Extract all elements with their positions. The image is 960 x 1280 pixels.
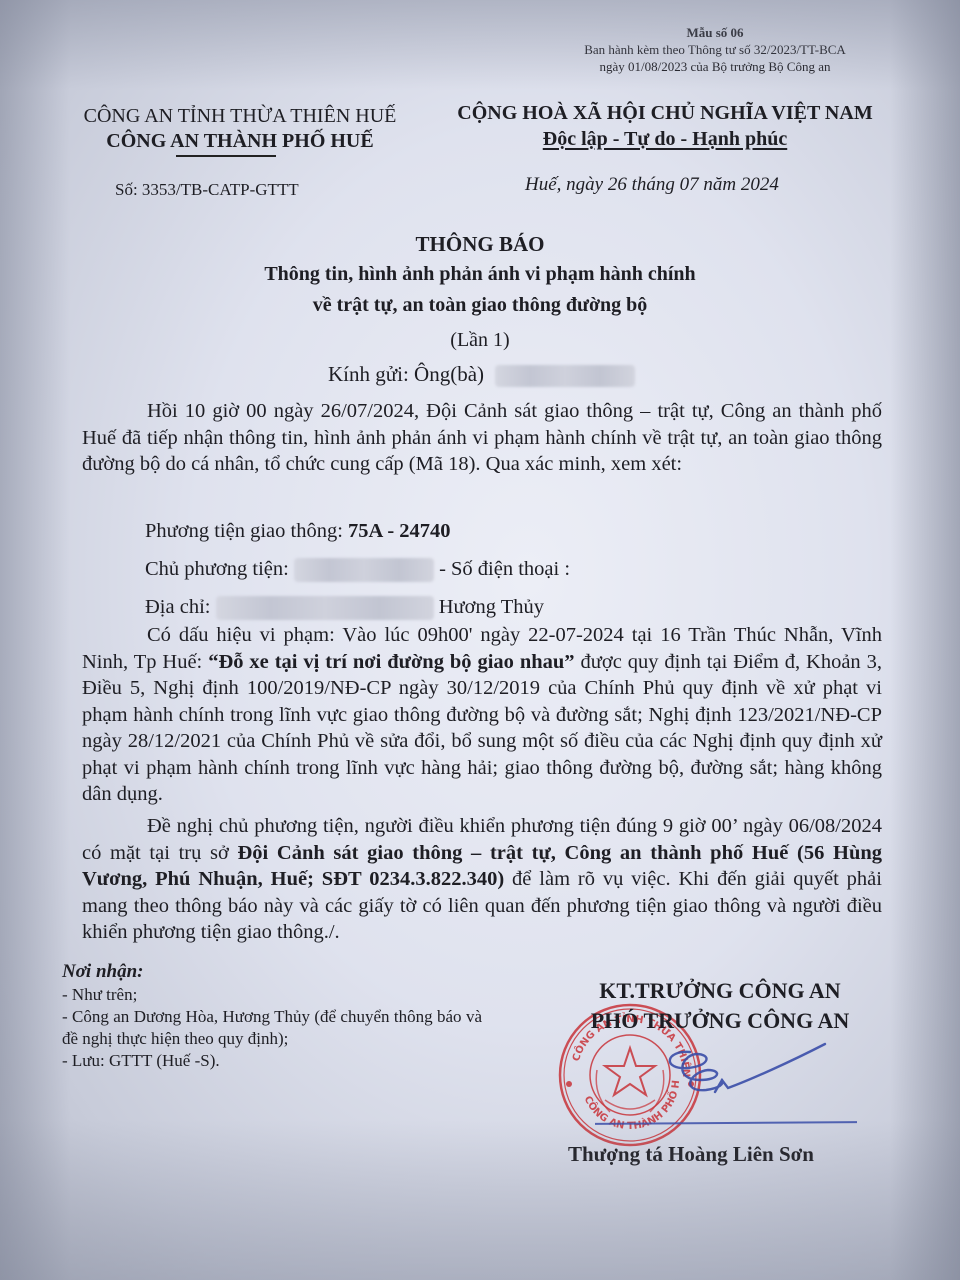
redacted-address xyxy=(216,596,434,620)
title-subtitle-2: về trật tự, an toàn giao thông đường bộ xyxy=(150,290,810,320)
photo-vignette xyxy=(890,0,960,1280)
title-occurrence: (Lần 1) xyxy=(150,322,810,358)
signer-title-line1: KT.TRƯỞNG CÔNG AN xyxy=(560,976,880,1006)
form-note-line2: ngày 01/08/2023 của Bộ trưởng Bộ Công an xyxy=(530,58,900,75)
dateline: Huế, ngày 26 tháng 07 năm 2024 xyxy=(525,174,779,196)
signer-name: Thượng tá Hoàng Liên Sơn xyxy=(568,1142,814,1167)
national-motto: Độc lập - Tự do - Hạnh phúc xyxy=(430,126,900,152)
country-name: CỘNG HOÀ XÃ HỘI CHỦ NGHĨA VIỆT NAM xyxy=(430,100,900,126)
vehicle-row: Phương tiện giao thông: 75A - 24740 xyxy=(145,512,570,550)
recipient-line: Kính gửi: Ông(bà) xyxy=(328,362,635,387)
address-row: Địa chỉ: Hương Thủy xyxy=(145,588,570,626)
distribution-list: Nơi nhận: - Như trên; - Công an Dương Hò… xyxy=(62,960,482,1072)
recipient-label: Kính gửi: Ông(bà) xyxy=(328,362,484,386)
summons-paragraph: Đề nghị chủ phương tiện, người điều khiể… xyxy=(82,813,882,946)
national-header: CỘNG HOÀ XÃ HỘI CHỦ NGHĨA VIỆT NAM Độc l… xyxy=(430,100,900,152)
redacted-recipient-name xyxy=(495,365,635,387)
issuing-agency: CÔNG AN TỈNH THỪA THIÊN HUẾ CÔNG AN THÀN… xyxy=(40,104,440,157)
distribution-item: - Công an Dương Hòa, Hương Thủy (để chuy… xyxy=(62,1006,482,1050)
parent-agency: CÔNG AN TỈNH THỪA THIÊN HUẾ xyxy=(40,104,440,128)
signature-stroke xyxy=(595,1121,857,1125)
phone-label: - Số điện thoại : xyxy=(434,558,570,580)
document-number: Số: 3353/TB-CATP-GTTT xyxy=(115,180,299,200)
violation-legal-basis: được quy định tại Điểm đ, Khoản 3, Điều … xyxy=(82,651,882,806)
form-number: Mẫu số 06 xyxy=(530,24,900,41)
title-subtitle-1: Thông tin, hình ảnh phản ánh vi phạm hàn… xyxy=(150,258,810,290)
violation-act: “Đỗ xe tại vị trí nơi đường bộ giao nhau… xyxy=(208,651,574,673)
photo-vignette xyxy=(0,0,70,1280)
photo-vignette xyxy=(0,1120,960,1280)
issuing-unit: CÔNG AN THÀNH PHỐ HUẾ xyxy=(40,128,440,154)
distribution-item: - Như trên; xyxy=(62,984,482,1006)
signer-title: KT.TRƯỞNG CÔNG AN PHÓ TRƯỞNG CÔNG AN xyxy=(560,976,880,1036)
notice-document: Mẫu số 06 Ban hành kèm theo Thông tư số … xyxy=(0,0,960,1280)
owner-row: Chủ phương tiện: - Số điện thoại : xyxy=(145,550,570,588)
intro-paragraph: Hồi 10 giờ 00 ngày 26/07/2024, Đội Cảnh … xyxy=(82,398,882,478)
vehicle-plate: 75A - 24740 xyxy=(348,520,451,542)
address-suffix: Hương Thủy xyxy=(434,596,544,618)
form-note: Mẫu số 06 Ban hành kèm theo Thông tư số … xyxy=(530,24,900,75)
distribution-heading: Nơi nhận: xyxy=(62,960,482,984)
header-underline xyxy=(176,155,276,157)
owner-label: Chủ phương tiện: xyxy=(145,558,294,580)
address-label: Địa chỉ: xyxy=(145,596,216,618)
document-title: THÔNG BÁO Thông tin, hình ảnh phản ánh v… xyxy=(150,230,810,358)
redacted-owner-name xyxy=(294,558,434,582)
violation-paragraph: Có dấu hiệu vi phạm: Vào lúc 09h00' ngày… xyxy=(82,622,882,808)
title-heading: THÔNG BÁO xyxy=(150,230,810,258)
vehicle-info: Phương tiện giao thông: 75A - 24740 Chủ … xyxy=(145,512,570,626)
handwritten-signature-icon xyxy=(660,1040,830,1120)
signer-title-line2: PHÓ TRƯỞNG CÔNG AN xyxy=(560,1006,880,1036)
distribution-item: - Lưu: GTTT (Huế -S). xyxy=(62,1050,482,1072)
form-note-line1: Ban hành kèm theo Thông tư số 32/2023/TT… xyxy=(530,41,900,58)
vehicle-label: Phương tiện giao thông: xyxy=(145,520,348,542)
